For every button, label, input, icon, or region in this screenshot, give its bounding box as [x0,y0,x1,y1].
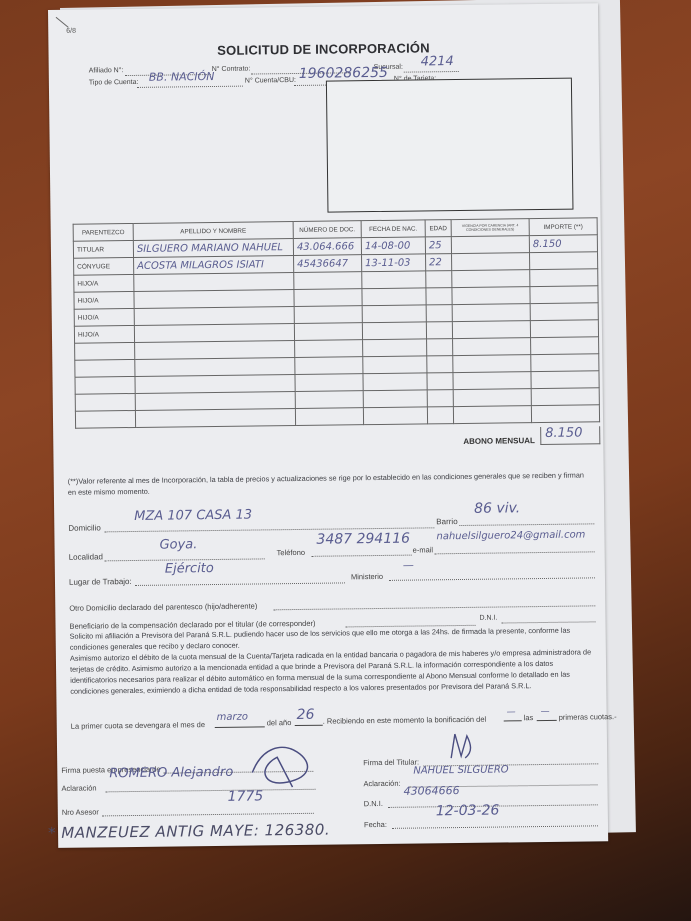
cell-vigencia[interactable] [452,253,530,271]
barrio-label: Barrio [436,517,457,526]
holder-signature-label: Firma del Titular: [363,758,419,768]
cell-parentezco [75,410,135,428]
cell-importe[interactable] [530,320,598,338]
fecha-label: Fecha: [364,820,387,829]
cell-parentezco: HIJO/A [74,308,134,326]
otro-domicilio-label: Otro Domicilio declarado del parentesco … [69,601,257,612]
cell-vigencia[interactable] [453,372,531,390]
cell-edad[interactable] [427,373,453,390]
cell-vigencia[interactable] [452,287,530,305]
page-number: 6/8 [66,28,76,35]
photo-box [326,78,574,213]
price-note: (**)Valor referente al mes de Incorporac… [68,469,593,497]
witness-aclaracion-value: ROMERO Alejandro [109,765,233,782]
first-quota-text-4: las [524,713,534,722]
cell-doc[interactable] [295,374,363,392]
cell-doc[interactable] [294,306,362,324]
cell-vigencia[interactable] [452,304,530,322]
domicilio-label: Domicilio [68,523,101,532]
quotas-count-value: — [541,707,550,717]
otro-domicilio-field[interactable] [273,596,595,610]
cell-vigencia[interactable] [453,406,531,424]
cell-fecha[interactable] [362,271,426,289]
first-quota-year-field[interactable] [295,725,323,726]
localidad-value: Goya. [159,537,197,552]
contrato-label: N° Contrato: [212,66,251,73]
cell-fecha[interactable] [363,373,427,391]
cell-vigencia[interactable] [451,236,529,254]
first-quota-year-value: 26 [297,707,315,723]
cuenta-cbu-label: N° Cuenta/CBU: [245,77,296,85]
family-members-table: PARENTEZCO APELLIDO Y NOMBRE NÚMERO DE D… [73,217,600,428]
ministerio-value: — [403,559,414,572]
advisor-number-label: Nro Asesor [62,807,99,816]
cell-nombre[interactable] [135,358,295,377]
cell-parentezco [75,342,135,360]
cell-nombre[interactable] [135,375,295,394]
holder-aclaracion-label: Aclaración: [363,779,400,788]
trabajo-label: Lugar de Trabajo: [69,577,132,587]
beneficiario-dni-field[interactable] [501,612,595,623]
cell-vigencia[interactable] [453,389,531,407]
cell-parentezco: HIJO/A [74,325,134,343]
handwritten-annotation: * MANZEUEZ ANTIG MAYE: 126380. [48,821,330,842]
cell-fecha[interactable] [363,390,427,408]
cell-fecha[interactable]: 13-11-03 [362,254,426,272]
cell-doc[interactable]: 43.064.666 [293,238,361,256]
col-importe: IMPORTE (**) [529,218,597,236]
cell-parentezco: TITULAR [73,240,133,258]
holder-dni-label: D.N.I. [364,799,383,808]
first-quota-month-field[interactable] [215,726,265,728]
cell-doc[interactable] [295,340,363,358]
abono-mensual-label: ABONO MENSUAL [463,436,535,446]
sucursal-value: 4214 [421,54,454,69]
telefono-label: Teléfono [277,548,305,557]
tipo-cuenta-label: Tipo de Cuenta: [89,79,139,87]
advisor-number-value: 1775 [228,788,264,804]
cell-vigencia[interactable] [453,355,531,373]
barrio-value: 86 viv. [474,500,520,517]
cell-importe[interactable] [531,405,599,423]
cell-doc[interactable] [294,289,362,307]
afiliado-label: Afiliado N°: [89,67,124,74]
cell-doc[interactable] [295,391,363,409]
abono-mensual-value: 8.150 [545,426,582,441]
advisor-number-field[interactable] [102,804,314,817]
cell-edad[interactable] [427,407,453,424]
holder-signature-icon [447,730,477,762]
tipo-cuenta-value: BB. NACIÓN [149,70,215,84]
cell-fecha[interactable] [362,305,426,323]
bonification-field[interactable] [504,720,522,721]
cell-nombre[interactable] [134,307,294,326]
form-title: SOLICITUD DE INCORPORACIÓN [48,38,598,60]
col-nombre: APELLIDO Y NOMBRE [133,222,293,241]
cell-parentezco: CÓNYUGE [74,257,134,275]
cell-edad[interactable] [426,322,452,339]
col-fecha: FECHA DE NAC. [361,220,425,238]
first-quota-text-3: . Recibiendo en este momento la bonifica… [323,715,487,726]
cell-fecha[interactable] [363,339,427,357]
first-quota-text-5: primeras cuotas.- [559,712,617,722]
cell-importe[interactable] [530,252,598,270]
cell-fecha[interactable] [363,407,427,425]
cell-edad[interactable] [427,356,453,373]
cell-edad[interactable] [427,390,453,407]
cell-parentezco: HIJO/A [74,291,134,309]
bonification-value: — [507,707,516,717]
cell-parentezco [75,359,135,377]
email-label: e-mail [413,545,434,554]
cell-fecha[interactable] [362,288,426,306]
fecha-value: 12-03-26 [436,803,500,820]
first-quota-text-2: del año [267,718,292,727]
holder-aclaracion-value: NAHUEL SILGUERO [413,764,508,776]
col-parentezco: PARENTEZCO [73,223,133,241]
witness-aclaracion-label: Aclaración [61,783,96,792]
ministerio-field[interactable] [389,568,595,581]
cell-vigencia[interactable] [452,321,530,339]
beneficiario-dni-label: D.N.I. [479,615,497,622]
application-form-sheet: 6/8 SOLICITUD DE INCORPORACIÓN Afiliado … [48,3,608,848]
cell-nombre[interactable] [135,341,295,360]
cell-vigencia[interactable] [452,270,530,288]
cell-importe[interactable]: 8.150 [529,235,597,253]
trabajo-value: Ejército [165,561,214,577]
cell-parentezco: HIJO/A [74,274,134,292]
cell-nombre[interactable] [134,273,294,292]
telefono-value: 3487 294116 [316,531,410,548]
email-field[interactable] [435,542,595,554]
ministerio-label: Ministerio [351,572,383,581]
first-quota-month-value: marzo [217,712,248,723]
cell-edad[interactable] [427,339,453,356]
col-doc: NÚMERO DE DOC. [293,221,361,239]
cell-edad[interactable] [426,305,452,322]
cell-importe[interactable] [530,286,598,304]
cell-nombre[interactable] [134,290,294,309]
cell-doc[interactable] [295,357,363,375]
cell-edad[interactable]: 25 [425,237,451,254]
cell-edad[interactable]: 22 [426,254,452,271]
cell-doc[interactable] [294,323,362,341]
cell-fecha[interactable] [362,322,426,340]
cell-importe[interactable] [531,371,599,389]
cell-importe[interactable] [531,337,599,355]
email-value: nahuelsilguero24@gmail.com [436,529,585,542]
domicilio-value: MZA 107 CASA 13 [134,508,252,524]
cell-parentezco [75,376,135,394]
cell-nombre[interactable] [135,392,295,411]
cell-nombre[interactable] [135,409,295,428]
legal-debit-text: Asimismo autorizo el débito de la cuota … [70,646,595,696]
cell-nombre[interactable] [134,324,294,343]
cell-fecha[interactable] [363,356,427,374]
cell-importe[interactable] [530,303,598,321]
cell-nombre[interactable]: SILGUERO MARIANO NAHUEL [133,239,293,258]
corner-mark [56,17,69,28]
col-vigencia: VIGENCIA POR CARENCIA (ART. 4 CONDICIONE… [451,219,529,237]
cell-edad[interactable] [426,271,452,288]
cell-doc[interactable] [294,272,362,290]
cell-doc[interactable] [295,408,363,426]
cell-doc[interactable]: 45436647 [294,255,362,273]
localidad-label: Localidad [69,552,103,561]
cell-edad[interactable] [426,288,452,305]
cell-fecha[interactable]: 14-08-00 [361,237,425,255]
holder-dni-value: 43064666 [403,784,459,798]
cell-parentezco [75,393,135,411]
cell-vigencia[interactable] [453,338,531,356]
first-quota-text-1: La primer cuota se devengara el mes de [71,720,205,731]
cell-importe[interactable] [531,388,599,406]
cell-nombre[interactable]: ACOSTA MILAGROS ISIATI [134,256,294,275]
cell-importe[interactable] [531,354,599,372]
cell-importe[interactable] [530,269,598,287]
quotas-count-field[interactable] [537,720,557,721]
col-edad: EDAD [425,220,451,237]
